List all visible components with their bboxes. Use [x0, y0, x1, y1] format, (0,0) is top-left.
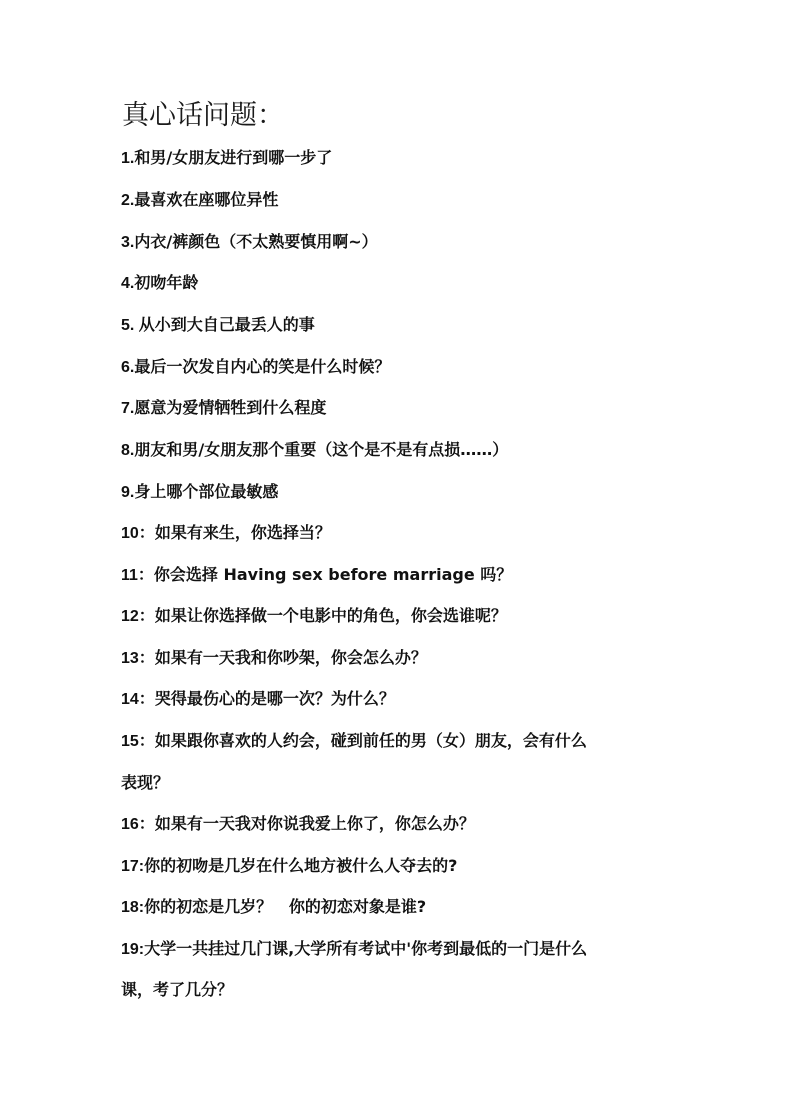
question-16: 16：如果有一天我对你说我爱上你了，你怎么办？	[121, 813, 475, 836]
question-3: 3.内衣/裤颜色（不太熟要慎用啊~）	[121, 231, 378, 254]
question-14: 14：哭得最伤心的是哪一次？为什么？	[121, 688, 395, 711]
question-number: 8.	[121, 442, 134, 459]
question-5: 5. 从小到大自己最丢人的事	[121, 314, 315, 337]
question-text: 你的初恋是几岁？ 你的初恋对象是谁?	[144, 897, 426, 916]
question-number: 7.	[121, 400, 134, 417]
question-number: 9.	[121, 484, 134, 501]
question-7: 7.愿意为爱情牺牲到什么程度	[121, 397, 326, 420]
question-number: 2.	[121, 192, 134, 209]
question-9: 9.身上哪个部位最敏感	[121, 481, 278, 504]
question-1: 1.和男/女朋友进行到哪一步了	[121, 147, 332, 170]
question-text: 身上哪个部位最敏感	[134, 482, 278, 501]
question-number: 17:	[121, 858, 144, 875]
question-number: 11：	[121, 567, 154, 584]
question-text: 最后一次发自内心的笑是什么时候？	[134, 357, 390, 376]
question-text: 如果有一天我和你吵架，你会怎么办？	[155, 648, 427, 667]
question-text: 如果有来生，你选择当？	[155, 523, 331, 542]
document-page: 真心话问题： 1.和男/女朋友进行到哪一步了 2.最喜欢在座哪位异性 3.内衣/…	[0, 0, 792, 1120]
question-19-continuation: 课，考了几分？	[121, 979, 233, 1001]
question-text: 和男/女朋友进行到哪一步了	[134, 148, 332, 167]
question-text: 如果让你选择做一个电影中的角色，你会选谁呢？	[155, 606, 507, 625]
question-10: 10：如果有来生，你选择当？	[121, 522, 331, 545]
question-number: 4.	[121, 275, 134, 292]
document-title: 真心话问题：	[122, 98, 284, 134]
question-text: 你的初吻是几岁在什么地方被什么人夺去的?	[144, 856, 457, 875]
question-13: 13：如果有一天我和你吵架，你会怎么办？	[121, 647, 427, 670]
question-6: 6.最后一次发自内心的笑是什么时候？	[121, 356, 390, 379]
question-text: 你会选择 Having sex before marriage 吗？	[154, 565, 512, 584]
question-19: 19:大学一共挂过几门课,大学所有考试中'你考到最低的一门是什么	[121, 938, 587, 961]
question-number: 5.	[121, 317, 139, 334]
question-text: 初吻年龄	[134, 273, 198, 292]
question-18: 18:你的初恋是几岁？ 你的初恋对象是谁?	[121, 896, 426, 919]
question-number: 18:	[121, 899, 144, 916]
question-number: 10：	[121, 525, 155, 542]
question-number: 19:	[121, 941, 144, 958]
question-number: 16：	[121, 816, 155, 833]
question-number: 15：	[121, 733, 155, 750]
question-text: 最喜欢在座哪位异性	[134, 190, 278, 209]
question-text: 朋友和男/女朋友那个重要（这个是不是有点损……）	[134, 440, 508, 459]
question-text: 如果跟你喜欢的人约会，碰到前任的男（女）朋友，会有什么	[155, 731, 587, 750]
question-number: 12：	[121, 608, 155, 625]
question-15-continuation: 表现？	[121, 772, 169, 794]
question-text: 如果有一天我对你说我爱上你了，你怎么办？	[155, 814, 475, 833]
question-text: 哭得最伤心的是哪一次？为什么？	[155, 689, 395, 708]
question-4: 4.初吻年龄	[121, 272, 198, 295]
question-15: 15：如果跟你喜欢的人约会，碰到前任的男（女）朋友，会有什么	[121, 730, 587, 753]
question-8: 8.朋友和男/女朋友那个重要（这个是不是有点损……）	[121, 439, 508, 462]
question-2: 2.最喜欢在座哪位异性	[121, 189, 278, 212]
question-text: 大学一共挂过几门课,大学所有考试中'你考到最低的一门是什么	[144, 939, 587, 958]
question-12: 12：如果让你选择做一个电影中的角色，你会选谁呢？	[121, 605, 507, 628]
question-text: 从小到大自己最丢人的事	[139, 315, 315, 334]
question-number: 6.	[121, 359, 134, 376]
question-text: 内衣/裤颜色（不太熟要慎用啊~）	[134, 232, 377, 251]
question-number: 13：	[121, 650, 155, 667]
question-number: 1.	[121, 150, 134, 167]
question-number: 3.	[121, 234, 134, 251]
question-text: 愿意为爱情牺牲到什么程度	[134, 398, 326, 417]
question-11: 11：你会选择 Having sex before marriage 吗？	[121, 564, 512, 587]
question-17: 17:你的初吻是几岁在什么地方被什么人夺去的?	[121, 855, 457, 878]
question-number: 14：	[121, 691, 155, 708]
